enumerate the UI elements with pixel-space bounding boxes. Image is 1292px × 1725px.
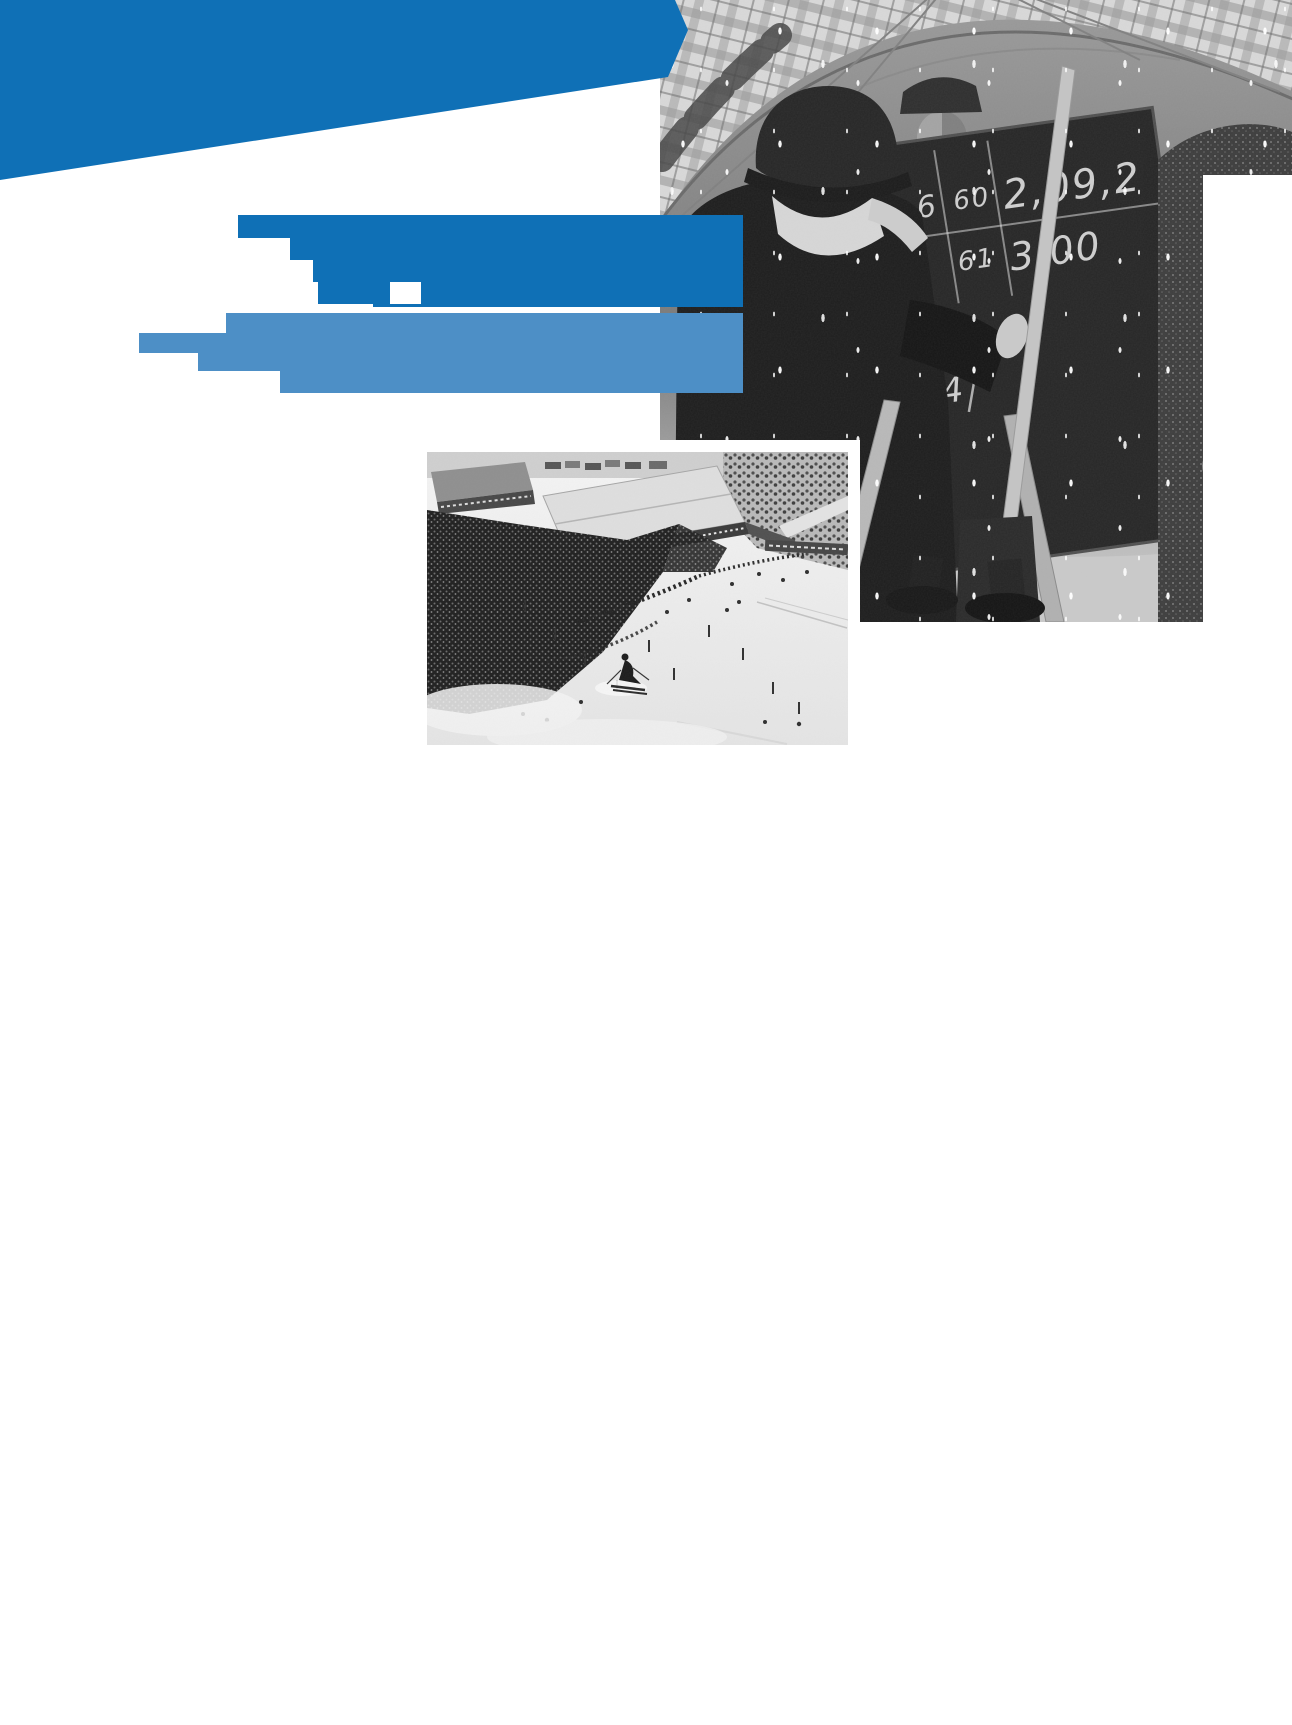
subtitle-bar-line-1 — [226, 313, 743, 333]
title-bar-line-5 — [373, 304, 743, 307]
document-page: 135,6 60 2,09,2 03,6 61 3,00 64 — [0, 0, 1292, 1725]
header-banner-shape — [0, 0, 690, 181]
title-bar-line-2 — [290, 238, 743, 260]
ski-photo-illustration — [427, 452, 848, 745]
hand-icon — [1197, 442, 1242, 497]
ski-photo-frame — [415, 440, 860, 757]
title-bar-line-4-segment-2 — [421, 282, 743, 304]
subtitle-bar-line-3 — [198, 353, 743, 371]
title-bar-line-4-segment-1 — [318, 282, 390, 304]
subtitle-bar-line-2 — [139, 333, 743, 353]
subtitle-bar-line-4 — [280, 371, 743, 393]
title-bar-line-1 — [238, 215, 743, 238]
title-bar-line-3 — [313, 260, 743, 282]
film-grain-overlay — [427, 452, 848, 745]
